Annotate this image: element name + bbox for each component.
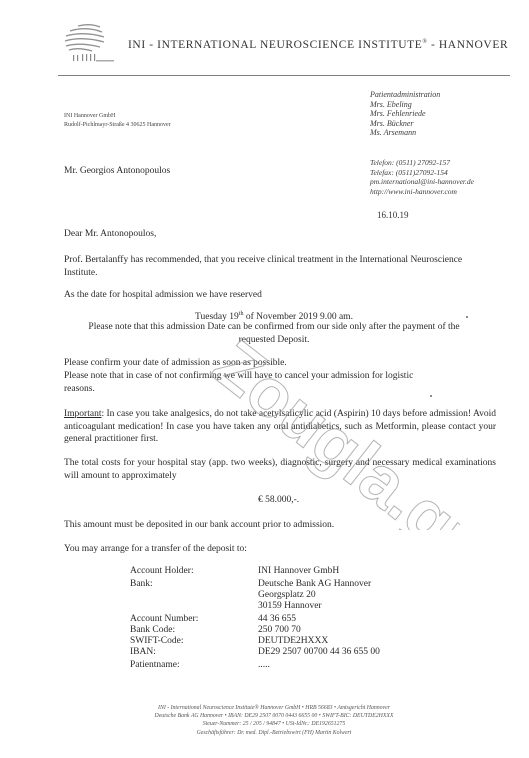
admission-note: Please note that this admission Date can… [84,321,464,346]
footer-line: Geschäftsführer: Dr. med. Dipl.-Betriebs… [64,729,484,737]
costs-paragraph: The total costs for your hospital stay (… [64,457,496,482]
sender-address: INI Hannover GmbH Rudolf-Pichlmayr-Straß… [64,112,171,130]
scan-speck [466,316,468,318]
bank-row-account-number: Account Number: 44 36 655 [130,612,380,625]
bank-label: Account Number: [130,612,258,625]
bank-label: Account Holder: [130,566,258,577]
sender-company: INI Hannover GmbH [64,112,171,121]
staff-name: Mrs. Ebeling [370,100,440,110]
footer-line: Steuer-Nummer: 25 / 205 / 94847 • USt-Id… [64,720,484,728]
bank-details-table: Account Holder: INI Hannover GmbH Bank: … [130,566,380,671]
footer-line: Deutsche Bank AG Hannover • IBAN: DE29 2… [64,712,484,720]
fax-number: Telefax: (0511)27092-154 [370,168,474,178]
bank-value: ..... [258,658,380,671]
important-label: Important [64,409,101,419]
bank-label: Patientname: [130,658,258,671]
salutation: Dear Mr. Antonopoulos, [64,228,484,241]
important-text: : In case you take analgesics, do not ta… [64,409,496,444]
letter-date: 16.10.19 [377,210,409,220]
email-address[interactable]: pm.international@ini-hannover.de [370,177,474,187]
bank-street: Georgsplatz 20 [258,590,380,601]
important-paragraph: Important: In case you take analgesics, … [64,408,496,446]
reserved-intro: As the date for hospital admission we ha… [64,289,484,302]
sender-street: Rudolf-Pichlmayr-Straße 4 30625 Hannover [64,121,171,130]
bank-city: 30159 Hannover [258,601,380,612]
bank-row-bank: Bank: Deutsche Bank AG Hannover Georgspl… [130,577,380,612]
total-amount: € 58.000,-. [258,495,299,505]
footer-line: INI - International Neuroscience Institu… [64,704,484,712]
department-name: Patientadministration [370,90,440,100]
phone-number: Telefon: (0511) 27092-157 [370,158,474,168]
bank-row-patient-name: Patientname: ..... [130,658,380,671]
bank-name: Deutsche Bank AG Hannover [258,579,380,590]
institute-title: INI - INTERNATIONAL NEUROSCIENCE INSTITU… [128,39,508,51]
bank-value: DE29 2507 00700 44 36 655 00 [258,647,380,658]
contact-block: Telefon: (0511) 27092-157 Telefax: (0511… [370,158,474,196]
administration-block: Patientadministration Mrs. Ebeling Mrs. … [370,90,440,138]
bank-value: Deutsche Bank AG Hannover Georgsplatz 20… [258,577,380,612]
registered-mark: ® [422,39,427,45]
institute-city: - HANNOVER [431,39,508,51]
recommendation-paragraph: Prof. Bertalanffy has recommended, that … [64,254,484,279]
bank-value: 250 700 70 [258,625,380,636]
staff-name: Mrs. Bückner [370,119,440,129]
bank-label: SWIFT-Code: [130,636,258,647]
ini-globe-logo-icon [60,22,116,64]
bank-row-account-holder: Account Holder: INI Hannover GmbH [130,566,380,577]
website-link[interactable]: http://www.ini-hannover.com [370,187,474,197]
confirm-line-1: Please confirm your date of admission as… [64,357,484,370]
header-divider [58,75,510,76]
bank-value: 44 36 655 [258,612,380,625]
deposit-note: This amount must be deposited in our ban… [64,519,484,532]
bank-label: Bank Code: [130,625,258,636]
letter-footer: INI - International Neuroscience Institu… [64,704,484,737]
confirm-line-2: Please note that in case of not confirmi… [64,370,424,395]
bank-row-iban: IBAN: DE29 2507 00700 44 36 655 00 [130,647,380,658]
staff-name: Mrs. Fehlenriede [370,109,440,119]
bank-label: IBAN: [130,647,258,658]
bank-value: DEUTDE2HXXX [258,636,380,647]
bank-value: INI Hannover GmbH [258,566,380,577]
institute-name: INI - INTERNATIONAL NEUROSCIENCE INSTITU… [128,39,422,51]
bank-row-bank-code: Bank Code: 250 700 70 [130,625,380,636]
bank-row-swift: SWIFT-Code: DEUTDE2HXXX [130,636,380,647]
scan-speck [430,395,432,397]
transfer-intro: You may arrange for a transfer of the de… [64,543,484,556]
staff-name: Ms. Arsemann [370,128,440,138]
bank-label: Bank: [130,577,258,612]
recipient-name: Mr. Georgios Antonopoulos [64,166,170,176]
